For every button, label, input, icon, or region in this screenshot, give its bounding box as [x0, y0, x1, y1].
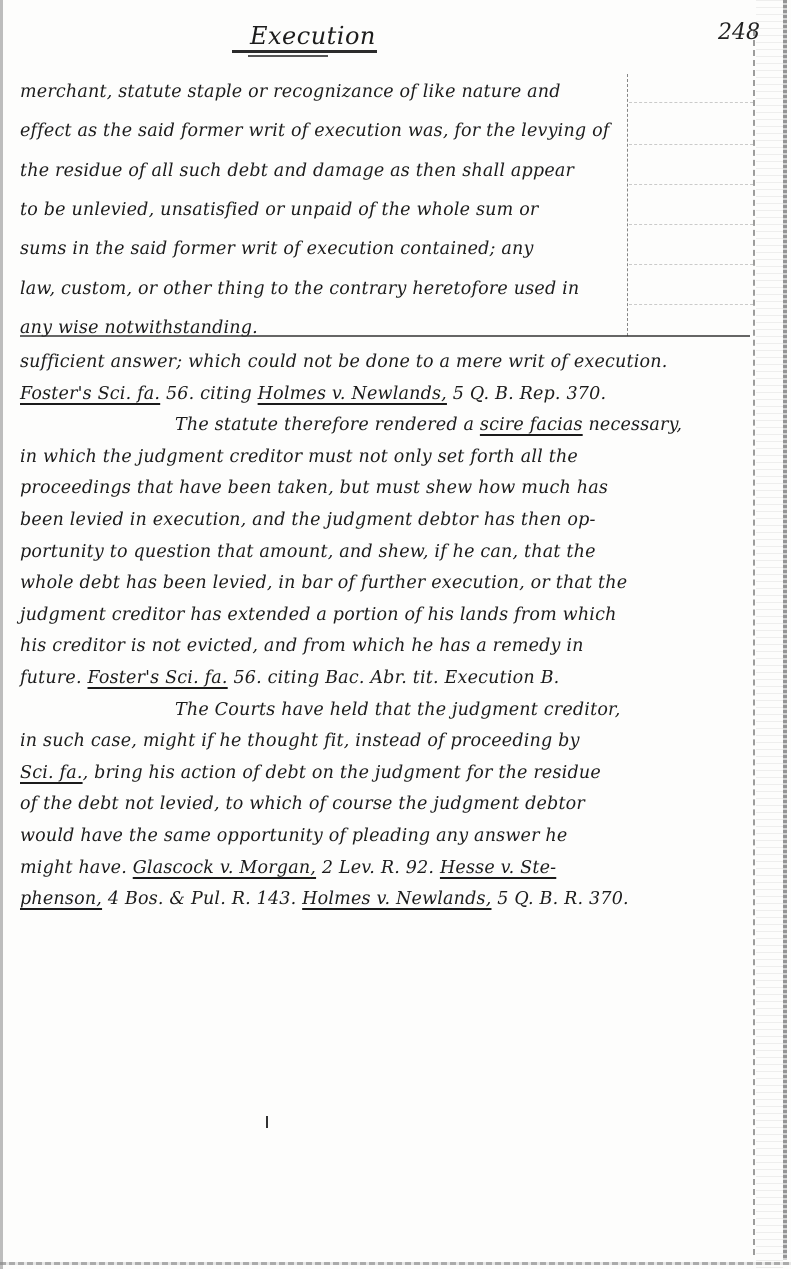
inset-line: merchant, statute staple or recognizance…	[20, 82, 561, 102]
margin-rule-line	[629, 144, 753, 145]
body-line: portunity to question that amount, and s…	[20, 542, 596, 562]
page-binding-edge	[783, 0, 787, 1260]
citation-underlined: Holmes v. Newlands,	[302, 889, 491, 909]
text-segment: necessary,	[583, 415, 682, 435]
heading-underline-secondary	[248, 55, 328, 57]
section-divider	[20, 335, 750, 337]
margin-rule-line	[629, 264, 753, 265]
citation-underlined: phenson,	[20, 889, 102, 909]
text-segment: might have.	[20, 858, 133, 878]
body-line: in such case, might if he thought fit, i…	[20, 731, 580, 751]
body-line: future. Foster's Sci. fa. 56. citing Bac…	[20, 668, 559, 688]
body-line: sufficient answer; which could not be do…	[20, 352, 668, 372]
body-line: judgment creditor has extended a portion…	[20, 605, 617, 625]
inset-line: sums in the said former writ of executio…	[20, 239, 534, 259]
body-line: his creditor is not evicted, and from wh…	[20, 636, 584, 656]
text-segment: 5 Q. B. Rep. 370.	[447, 384, 606, 404]
text-segment: been levied in execution, and the judgme…	[20, 510, 596, 530]
scan-right-edge-noise	[756, 0, 783, 1269]
scan-bottom-edge	[0, 1262, 791, 1265]
right-margin-rule	[753, 30, 755, 1255]
inset-line: to be unlevied, unsatisfied or unpaid of…	[20, 200, 539, 220]
text-segment: proceedings that have been taken, but mu…	[20, 478, 608, 498]
body-line: The Courts have held that the judgment c…	[175, 700, 620, 720]
text-segment: , bring his action of debt on the judgme…	[83, 763, 601, 783]
page-number: 248	[718, 20, 760, 45]
body-line: been levied in execution, and the judgme…	[20, 510, 596, 530]
text-segment: The Courts have held that the judgment c…	[175, 700, 620, 720]
heading-underline	[232, 50, 377, 53]
text-segment: would have the same opportunity of plead…	[20, 826, 567, 846]
citation-underlined: Foster's Sci. fa.	[20, 384, 160, 404]
margin-rule-line	[629, 102, 753, 103]
text-segment: 2 Lev. R. 92.	[316, 858, 440, 878]
margin-rule-line	[629, 224, 753, 225]
body-line: of the debt not levied, to which of cour…	[20, 794, 585, 814]
body-line: whole debt has been levied, in bar of fu…	[20, 573, 627, 593]
text-segment: 56. citing	[160, 384, 257, 404]
margin-rule-line	[629, 304, 753, 305]
text-segment: sufficient answer; which could not be do…	[20, 352, 668, 372]
text-segment: portunity to question that amount, and s…	[20, 542, 596, 562]
page-heading: Execution	[250, 22, 376, 50]
text-segment: The statute therefore rendered a	[175, 415, 480, 435]
body-line: proceedings that have been taken, but mu…	[20, 478, 608, 498]
margin-rule-line	[629, 184, 753, 185]
body-line: The statute therefore rendered a scire f…	[175, 415, 682, 435]
text-segment: of the debt not levied, to which of cour…	[20, 794, 585, 814]
inset-line: law, custom, or other thing to the contr…	[20, 279, 579, 299]
text-segment: 4 Bos. & Pul. R. 143.	[102, 889, 302, 909]
body-line: in which the judgment creditor must not …	[20, 447, 578, 467]
scan-left-edge	[0, 0, 3, 1269]
text-segment: in which the judgment creditor must not …	[20, 447, 578, 467]
text-segment: 5 Q. B. R. 370.	[492, 889, 629, 909]
inset-box-border	[627, 74, 628, 336]
citation-underlined: Sci. fa.	[20, 763, 83, 783]
citation-underlined: Hesse v. Ste-	[440, 858, 556, 878]
text-segment: whole debt has been levied, in bar of fu…	[20, 573, 627, 593]
text-segment: future.	[20, 668, 88, 688]
citation-underlined: Holmes v. Newlands,	[258, 384, 447, 404]
text-segment: 56. citing Bac. Abr. tit. Execution B.	[228, 668, 560, 688]
text-segment: in such case, might if he thought fit, i…	[20, 731, 580, 751]
ink-mark	[266, 1116, 268, 1128]
citation-underlined: Glascock v. Morgan,	[133, 858, 316, 878]
inset-line: the residue of all such debt and damage …	[20, 161, 574, 181]
manuscript-page: Execution 248 merchant, statute staple o…	[0, 0, 791, 1269]
citation-underlined: scire facias	[480, 415, 583, 435]
body-line: might have. Glascock v. Morgan, 2 Lev. R…	[20, 858, 556, 878]
text-segment: his creditor is not evicted, and from wh…	[20, 636, 584, 656]
inset-line: effect as the said former writ of execut…	[20, 121, 610, 141]
text-segment: judgment creditor has extended a portion…	[20, 605, 617, 625]
body-line: phenson, 4 Bos. & Pul. R. 143. Holmes v.…	[20, 889, 629, 909]
citation-underlined: Foster's Sci. fa.	[88, 668, 228, 688]
body-line: Foster's Sci. fa. 56. citing Holmes v. N…	[20, 384, 606, 404]
body-line: would have the same opportunity of plead…	[20, 826, 567, 846]
body-line: Sci. fa., bring his action of debt on th…	[20, 763, 601, 783]
